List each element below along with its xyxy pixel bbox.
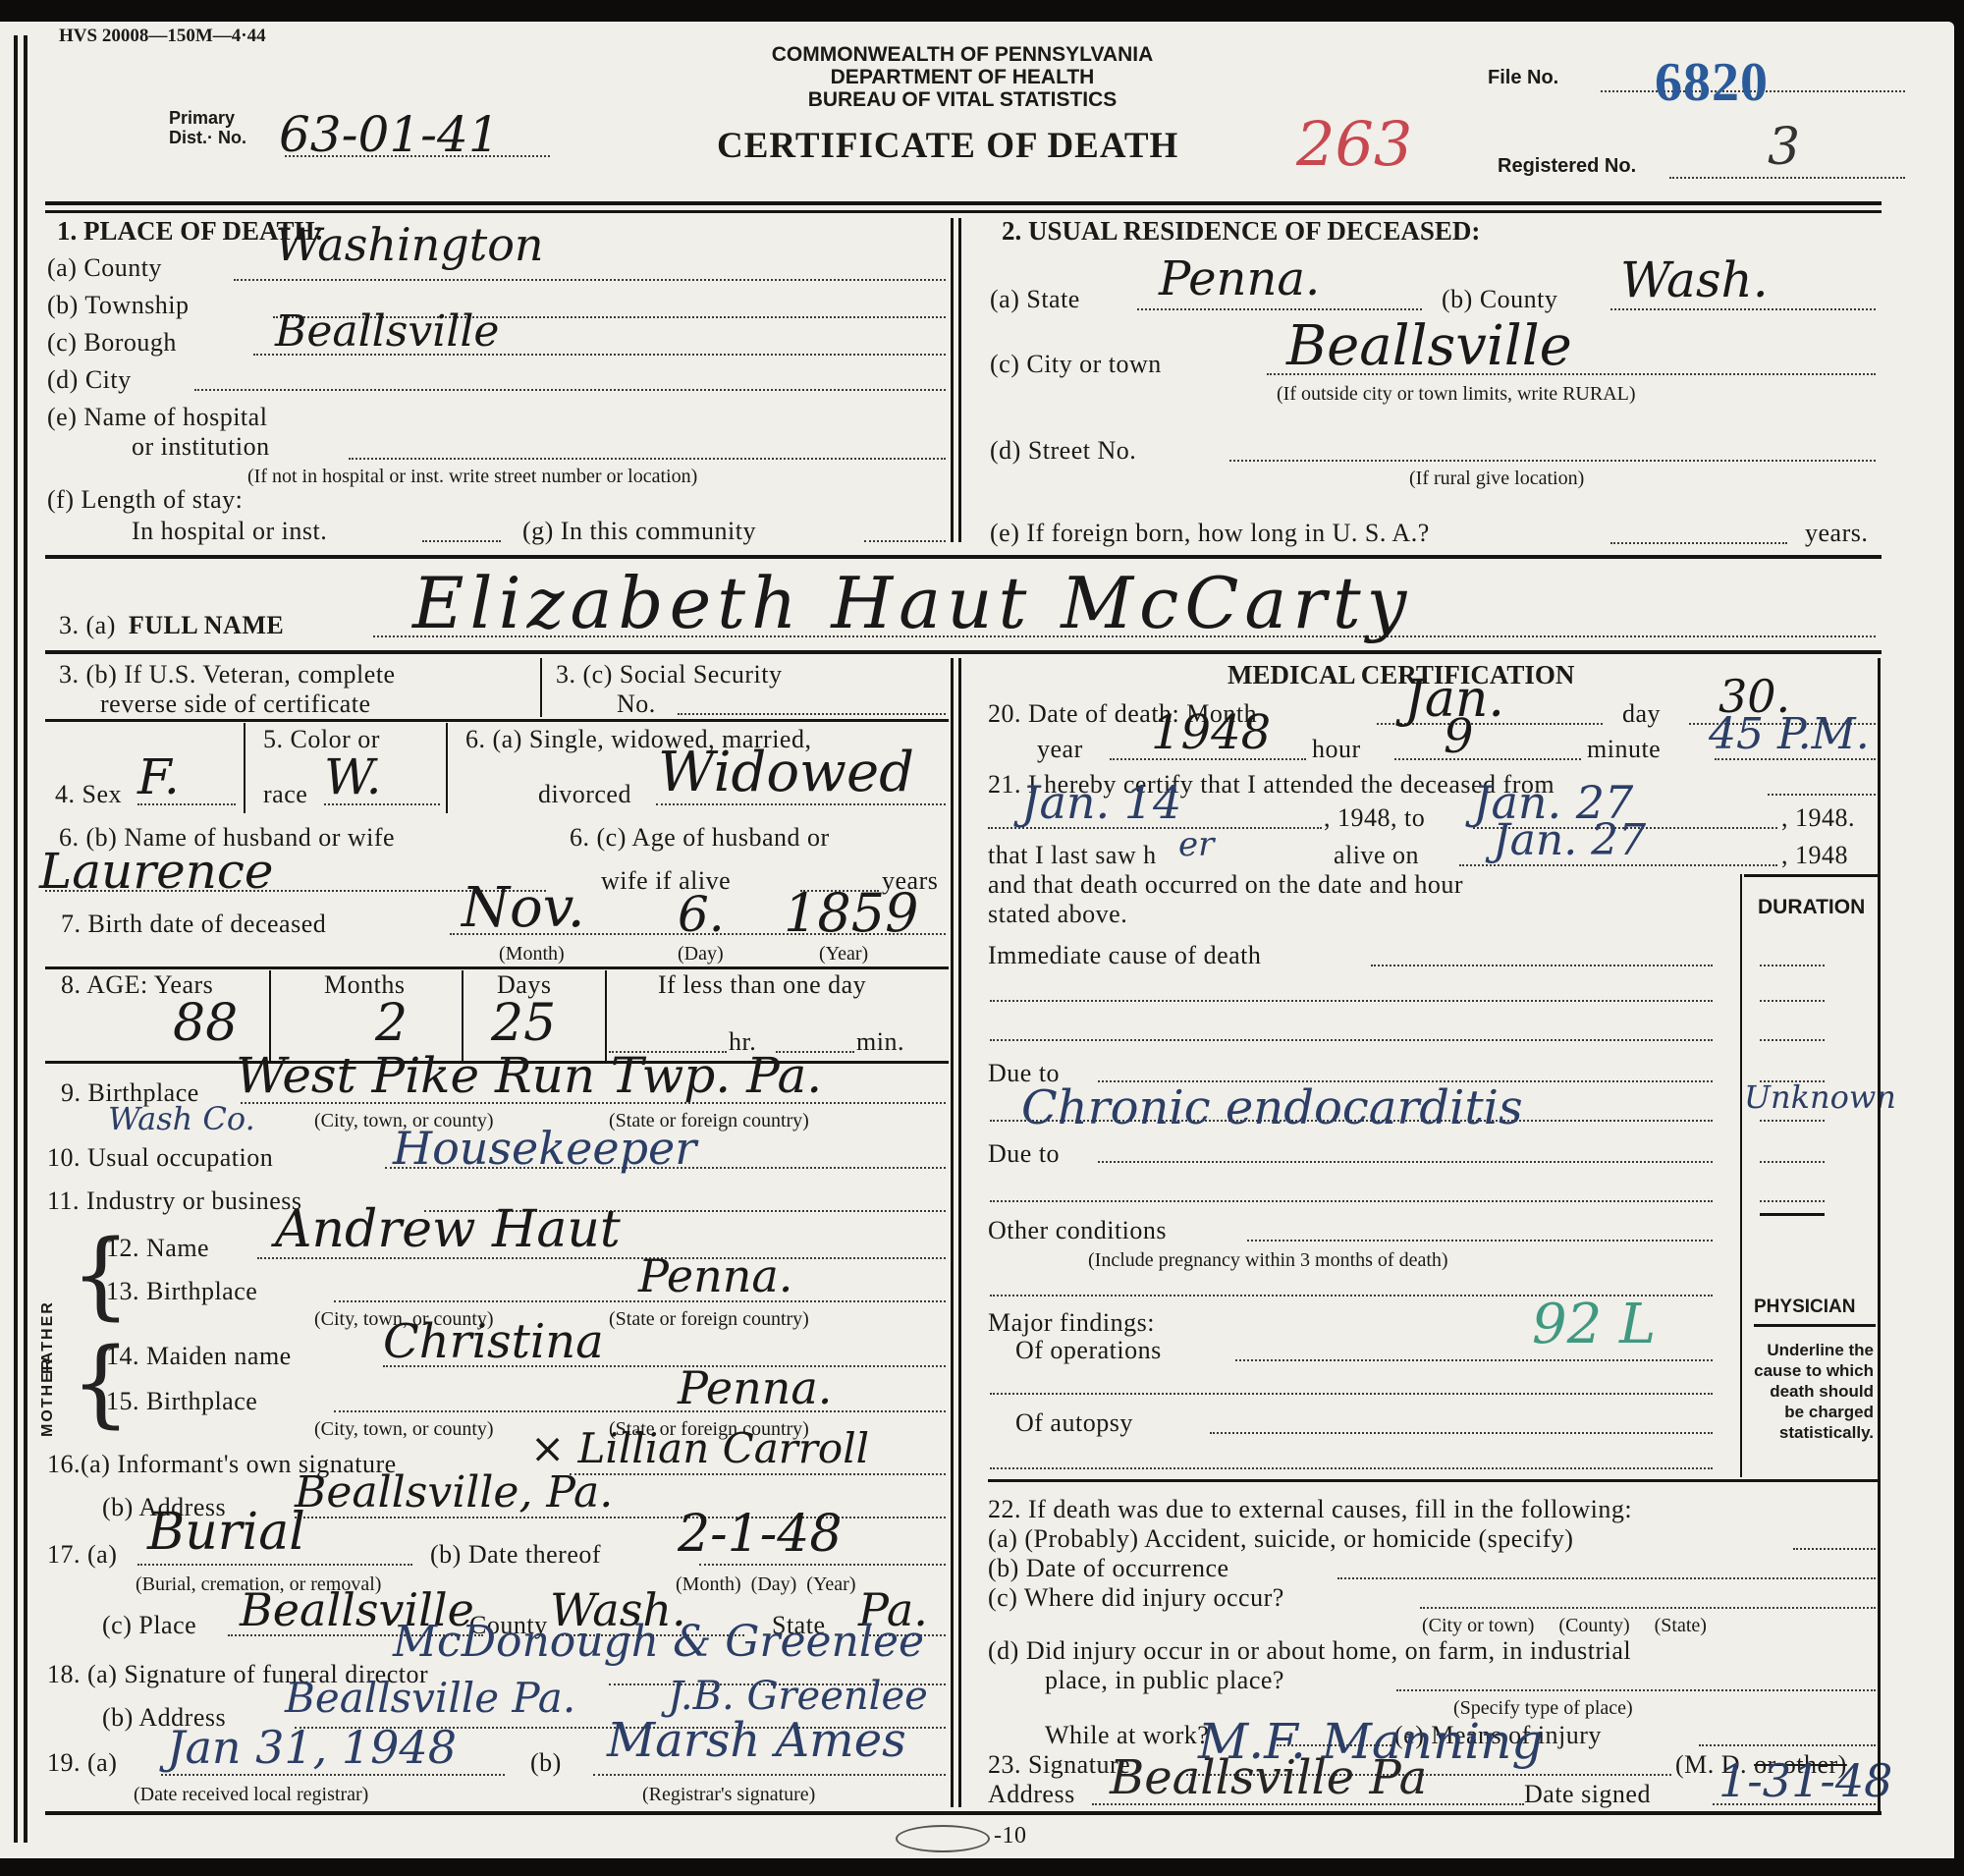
file-no-label: File No. bbox=[1488, 67, 1558, 89]
agency-line-2: DEPARTMENT OF HEALTH bbox=[687, 66, 1237, 88]
residence-county-value: Wash. bbox=[1620, 251, 1769, 308]
residence-heading: 2. USUAL RESIDENCE OF DECEASED: bbox=[1002, 216, 1480, 247]
classification-code-mark: 92 L bbox=[1532, 1293, 1656, 1356]
agency-line-3: BUREAU OF VITAL STATISTICS bbox=[687, 88, 1237, 111]
hospital-value bbox=[349, 458, 946, 460]
full-name-label: 3. (a) FULL NAME bbox=[59, 611, 284, 640]
duration-heading: DURATION bbox=[1758, 896, 1865, 919]
age-days-value: 25 bbox=[491, 994, 556, 1053]
birth-year-value: 1859 bbox=[784, 882, 918, 944]
residence-city-value: Beallsville bbox=[1286, 314, 1572, 378]
printer-mark: -10 bbox=[994, 1823, 1027, 1849]
agency-line-1: COMMONWEALTH OF PENNSYLVANIA bbox=[687, 43, 1237, 66]
mother-maiden-name-value: Christina bbox=[383, 1314, 604, 1369]
residence-state-value: Penna. bbox=[1159, 251, 1320, 306]
burial-date-value: 2-1-48 bbox=[678, 1505, 842, 1564]
death-minute-value: 45 P.M. bbox=[1709, 709, 1870, 759]
page-title: CERTIFICATE OF DEATH bbox=[717, 125, 1178, 167]
informant-signature-value: × Lillian Carroll bbox=[530, 1424, 869, 1472]
age-years-value: 88 bbox=[173, 994, 238, 1053]
last-saw-date-value: Jan. 27 bbox=[1493, 815, 1646, 865]
registered-number: 3 bbox=[1768, 118, 1800, 177]
disposition-value: Burial bbox=[147, 1503, 305, 1562]
physician-instructions: Underline the cause to which death shoul… bbox=[1746, 1340, 1874, 1443]
death-city-value bbox=[194, 389, 946, 391]
registrar-date-value: Jan 31, 1948 bbox=[167, 1721, 457, 1774]
full-name-value: Elizabeth Haut McCarty bbox=[412, 562, 1412, 644]
funeral-director-address-value: Beallsville Pa. bbox=[285, 1674, 575, 1722]
registered-no-label: Registered No. bbox=[1498, 155, 1636, 178]
registrar-signature-value: Marsh Ames bbox=[607, 1713, 906, 1768]
primary-dist-no: 63-01-41 bbox=[279, 106, 500, 163]
cause-of-death-value: Chronic endocarditis bbox=[1021, 1080, 1523, 1135]
father-name-value: Andrew Haut bbox=[275, 1200, 621, 1259]
left-border-inner bbox=[24, 35, 27, 1843]
duration-value: Unknown bbox=[1744, 1078, 1896, 1116]
father-birthplace-value: Penna. bbox=[638, 1249, 792, 1302]
mother-birthplace-value: Penna. bbox=[678, 1361, 832, 1414]
death-borough-value: Beallsville bbox=[275, 306, 499, 357]
agency-block: COMMONWEALTH OF PENNSYLVANIA DEPARTMENT … bbox=[687, 43, 1237, 111]
age-months-value: 2 bbox=[375, 994, 408, 1053]
birthplace-value: West Pike Run Twp. Pa. bbox=[236, 1047, 822, 1104]
file-number: 6820 bbox=[1655, 51, 1769, 114]
other-conditions-value bbox=[1247, 1240, 1713, 1241]
death-year-value: 1948 bbox=[1151, 705, 1271, 760]
race-value: W. bbox=[324, 748, 382, 805]
ssn-value bbox=[678, 713, 946, 715]
primary-dist-label: Primary Dist.· No. bbox=[169, 108, 246, 147]
residence-street-value bbox=[1229, 460, 1876, 462]
union-label-icon bbox=[896, 1825, 990, 1852]
death-county-value: Washington bbox=[275, 218, 544, 271]
attended-from-value: Jan. 14 bbox=[1021, 776, 1181, 829]
pronoun-value: er bbox=[1178, 825, 1214, 864]
mother-side-label: MOTHER bbox=[39, 1338, 63, 1456]
birth-day-value: 6. bbox=[678, 886, 725, 943]
funeral-director-value: McDonough & Greenlee bbox=[393, 1617, 924, 1667]
medical-certification-heading: MEDICAL CERTIFICATION bbox=[1227, 660, 1574, 690]
autopsy-value bbox=[1210, 1432, 1713, 1434]
informant-address-value: Beallsville, Pa. bbox=[295, 1467, 613, 1517]
physician-address-value: Beallsville Pa bbox=[1110, 1750, 1427, 1805]
left-border bbox=[14, 35, 18, 1843]
operations-value bbox=[1235, 1359, 1713, 1361]
birthplace-county-note: Wash Co. bbox=[108, 1100, 255, 1137]
occupation-value: Housekeeper bbox=[393, 1122, 696, 1175]
form-code: HVS 20008—150M—4·44 bbox=[59, 26, 266, 47]
death-hour-value: 9 bbox=[1444, 709, 1474, 764]
death-certificate: HVS 20008—150M—4·44 COMMONWEALTH OF PENN… bbox=[0, 22, 1954, 1858]
red-register-number: 263 bbox=[1296, 108, 1412, 180]
date-signed-value: 1-31-48 bbox=[1718, 1754, 1892, 1807]
sex-value: F. bbox=[137, 748, 180, 805]
marital-status-value: Widowed bbox=[658, 741, 914, 804]
physician-heading: PHYSICIAN bbox=[1754, 1297, 1855, 1318]
birth-month-value: Nov. bbox=[462, 876, 585, 940]
